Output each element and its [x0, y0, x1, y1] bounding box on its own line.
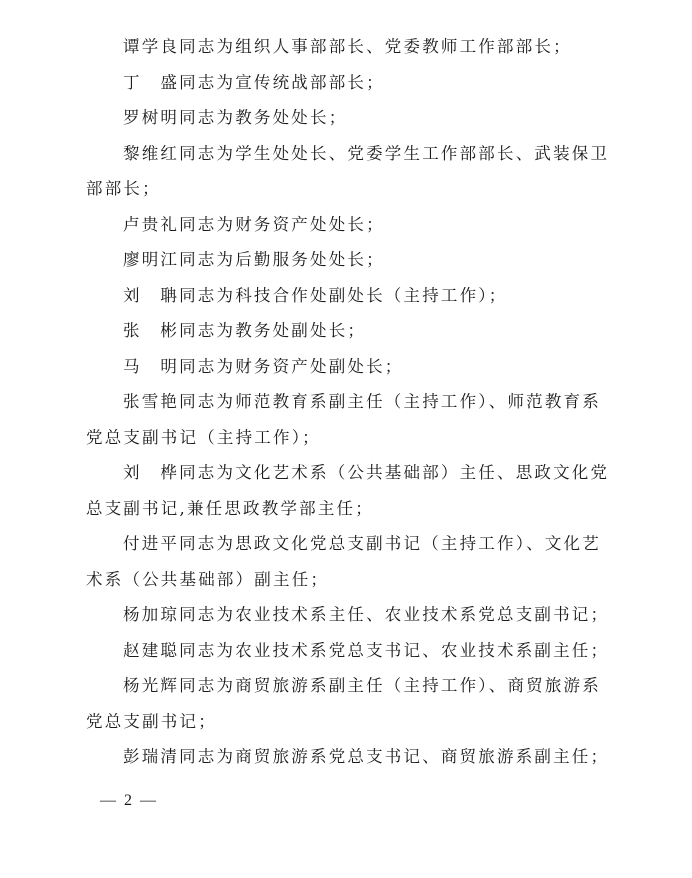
appointment-line: 张雪艳同志为师范教育系副主任（主持工作）、师范教育系 [86, 384, 616, 420]
page-number: — 2 — [100, 789, 156, 813]
appointment-line: 丁 盛同志为宣传统战部部长； [86, 65, 616, 101]
appointment-line-continuation: 总支副书记,兼任思政教学部主任； [86, 491, 616, 527]
appointment-line-continuation: 党总支副书记； [86, 704, 616, 740]
appointment-line: 张 彬同志为教务处副处长； [86, 313, 616, 349]
appointment-line-continuation: 党总支副书记（主持工作）； [86, 420, 616, 456]
appointment-line: 谭学良同志为组织人事部部长、党委教师工作部部长； [86, 29, 616, 65]
appointment-line: 赵建聪同志为农业技术系党总支书记、农业技术系副主任； [86, 633, 616, 669]
document-body: 谭学良同志为组织人事部部长、党委教师工作部部长； 丁 盛同志为宣传统战部部长； … [86, 29, 616, 775]
appointment-line: 刘 桦同志为文化艺术系（公共基础部）主任、思政文化党 [86, 455, 616, 491]
appointment-line: 卢贵礼同志为财务资产处处长； [86, 207, 616, 243]
appointment-line: 杨光辉同志为商贸旅游系副主任（主持工作）、商贸旅游系 [86, 668, 616, 704]
appointment-line: 刘 聃同志为科技合作处副处长（主持工作）； [86, 278, 616, 314]
appointment-line: 杨加琼同志为农业技术系主任、农业技术系党总支副书记； [86, 597, 616, 633]
appointment-line: 彭瑞清同志为商贸旅游系党总支书记、商贸旅游系副主任； [86, 739, 616, 775]
appointment-line-continuation: 术系（公共基础部）副主任； [86, 562, 616, 598]
appointment-line: 马 明同志为财务资产处副处长； [86, 349, 616, 385]
appointment-line-continuation: 部部长； [86, 171, 616, 207]
appointment-line: 罗树明同志为教务处处长； [86, 100, 616, 136]
appointment-line: 黎维红同志为学生处处长、党委学生工作部部长、武装保卫 [86, 136, 616, 172]
appointment-line: 付进平同志为思政文化党总支副书记（主持工作）、文化艺 [86, 526, 616, 562]
appointment-line: 廖明江同志为后勤服务处处长； [86, 242, 616, 278]
document-page: 谭学良同志为组织人事部部长、党委教师工作部部长； 丁 盛同志为宣传统战部部长； … [0, 0, 692, 878]
